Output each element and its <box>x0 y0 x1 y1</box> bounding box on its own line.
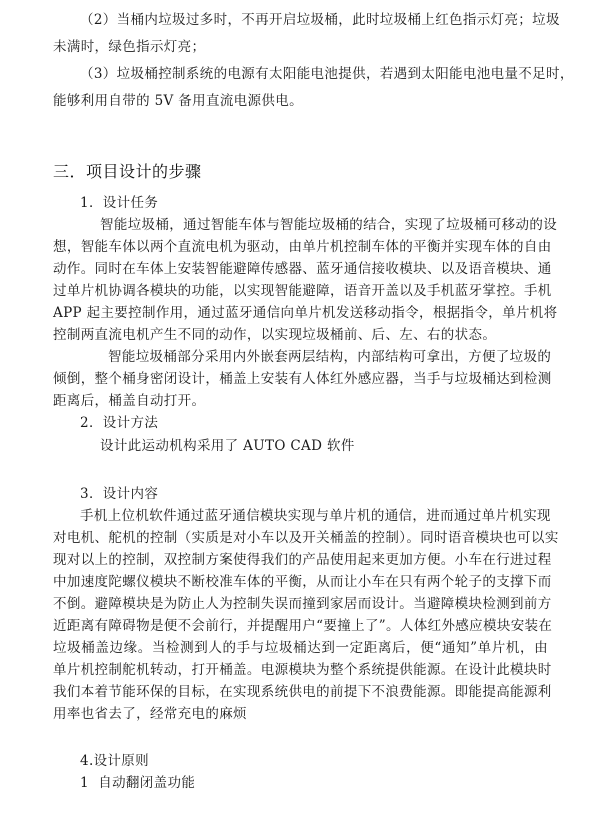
paragraph-3-line-2: 能够利用自带的 5V 备用直流电源供电。 <box>53 90 548 112</box>
task-para1-line: 想，智能车体以两个直流电机为驱动，由单片机控制车体的平衡并实现车体的自由 <box>53 236 548 258</box>
paragraph-2-line-2: 未满时，绿色指示灯亮； <box>53 36 548 58</box>
task-para1-line: 过单片机协调各模块的功能，以实现智能避障，语音开盖以及手机蓝牙掌控。手机 <box>53 280 548 302</box>
method-text: 设计此运动机构采用了 AUTO CAD 软件 <box>100 435 595 457</box>
content-para-line: 现对以上的控制，双控制方案使得我们的产品使用起来更加方便。小车在行进过程 <box>53 549 548 571</box>
task-para2-line: 距离后，桶盖自动打开。 <box>53 390 548 412</box>
content-para-line: 对电机、舵机的控制（实质是对小车以及开关桶盖的控制）。同时语音模块也可以实 <box>53 527 548 549</box>
paragraph-2-line-1: （2）当桶内垃圾过多时，不再开启垃圾桶，此时垃圾桶上红色指示灯亮；垃圾 <box>80 9 548 31</box>
content-para-line: 用率也省去了，经常充电的麻烦 <box>53 703 548 725</box>
task-para1-line: 智能垃圾桶，通过智能车体与智能垃圾桶的结合，实现了垃圾桶可移动的设 <box>100 214 548 236</box>
paragraph-3-line-1: （3）垃圾桶控制系统的电源有太阳能电池提供，若遇到太阳能电池电量不足时， <box>80 63 548 85</box>
task-para1-line: APP 起主要控制作用，通过蓝牙通信向单片机发送移动指令，根据指令，单片机将 <box>53 302 548 324</box>
content-para-line: 近距离有障碍物是便不会前行，并提醒用户“要撞上了”。人体红外感应模块安装在 <box>53 615 548 637</box>
content-para-line: 中加速度陀螺仪模块不断校准车体的平衡，从而让小车在只有两个轮子的支撑下而 <box>53 571 548 593</box>
document-page: （2）当桶内垃圾过多时，不再开启垃圾桶，此时垃圾桶上红色指示灯亮；垃圾 未满时，… <box>0 0 595 817</box>
task-para1-line: 动作。同时在车体上安装智能避障传感器、蓝牙通信接收模块、以及语音模块、通 <box>53 258 548 280</box>
content-para-line: 单片机控制舵机转动，打开桶盖。电源模块为整个系统提供能源。在设计此模块时 <box>53 659 548 681</box>
content-para-line: 不倒。避障模块是为防止人为控制失误而撞到家居而设计。当避障模块检测到前方 <box>53 593 548 615</box>
content-para-line: 手机上位机软件通过蓝牙通信模块实现与单片机的通信，进而通过单片机实现 <box>80 505 548 527</box>
subsection-principle-heading: 4.设计原则 <box>80 750 575 772</box>
task-para2-line: 智能垃圾桶部分采用内外嵌套两层结构，内部结构可拿出，方便了垃圾的 <box>108 346 548 368</box>
subsection-task-heading: 1．设计任务 <box>80 192 575 214</box>
task-para2-line: 倾倒，整个桶身密闭设计，桶盖上安装有人体红外感应器，当手与垃圾桶达到检测 <box>53 368 548 390</box>
subsection-content-heading: 3．设计内容 <box>80 483 575 505</box>
section-3-title: 三．项目设计的步骤 <box>53 160 202 184</box>
content-para-line: 我们本着节能环保的目标，在实现系统供电的前提下不浪费能源。即能提高能源利 <box>53 681 548 703</box>
subsection-method-heading: 2．设计方法 <box>80 412 575 434</box>
task-para1-line: 控制两直流电机产生不同的动作，以实现垃圾桶前、后、左、右的状态。 <box>53 324 548 346</box>
principle-item-1: 1 自动翻闭盖功能 <box>80 772 575 794</box>
content-para-line: 垃圾桶盖边缘。当检测到人的手与垃圾桶达到一定距离后，便“通知”单片机，由 <box>53 637 548 659</box>
